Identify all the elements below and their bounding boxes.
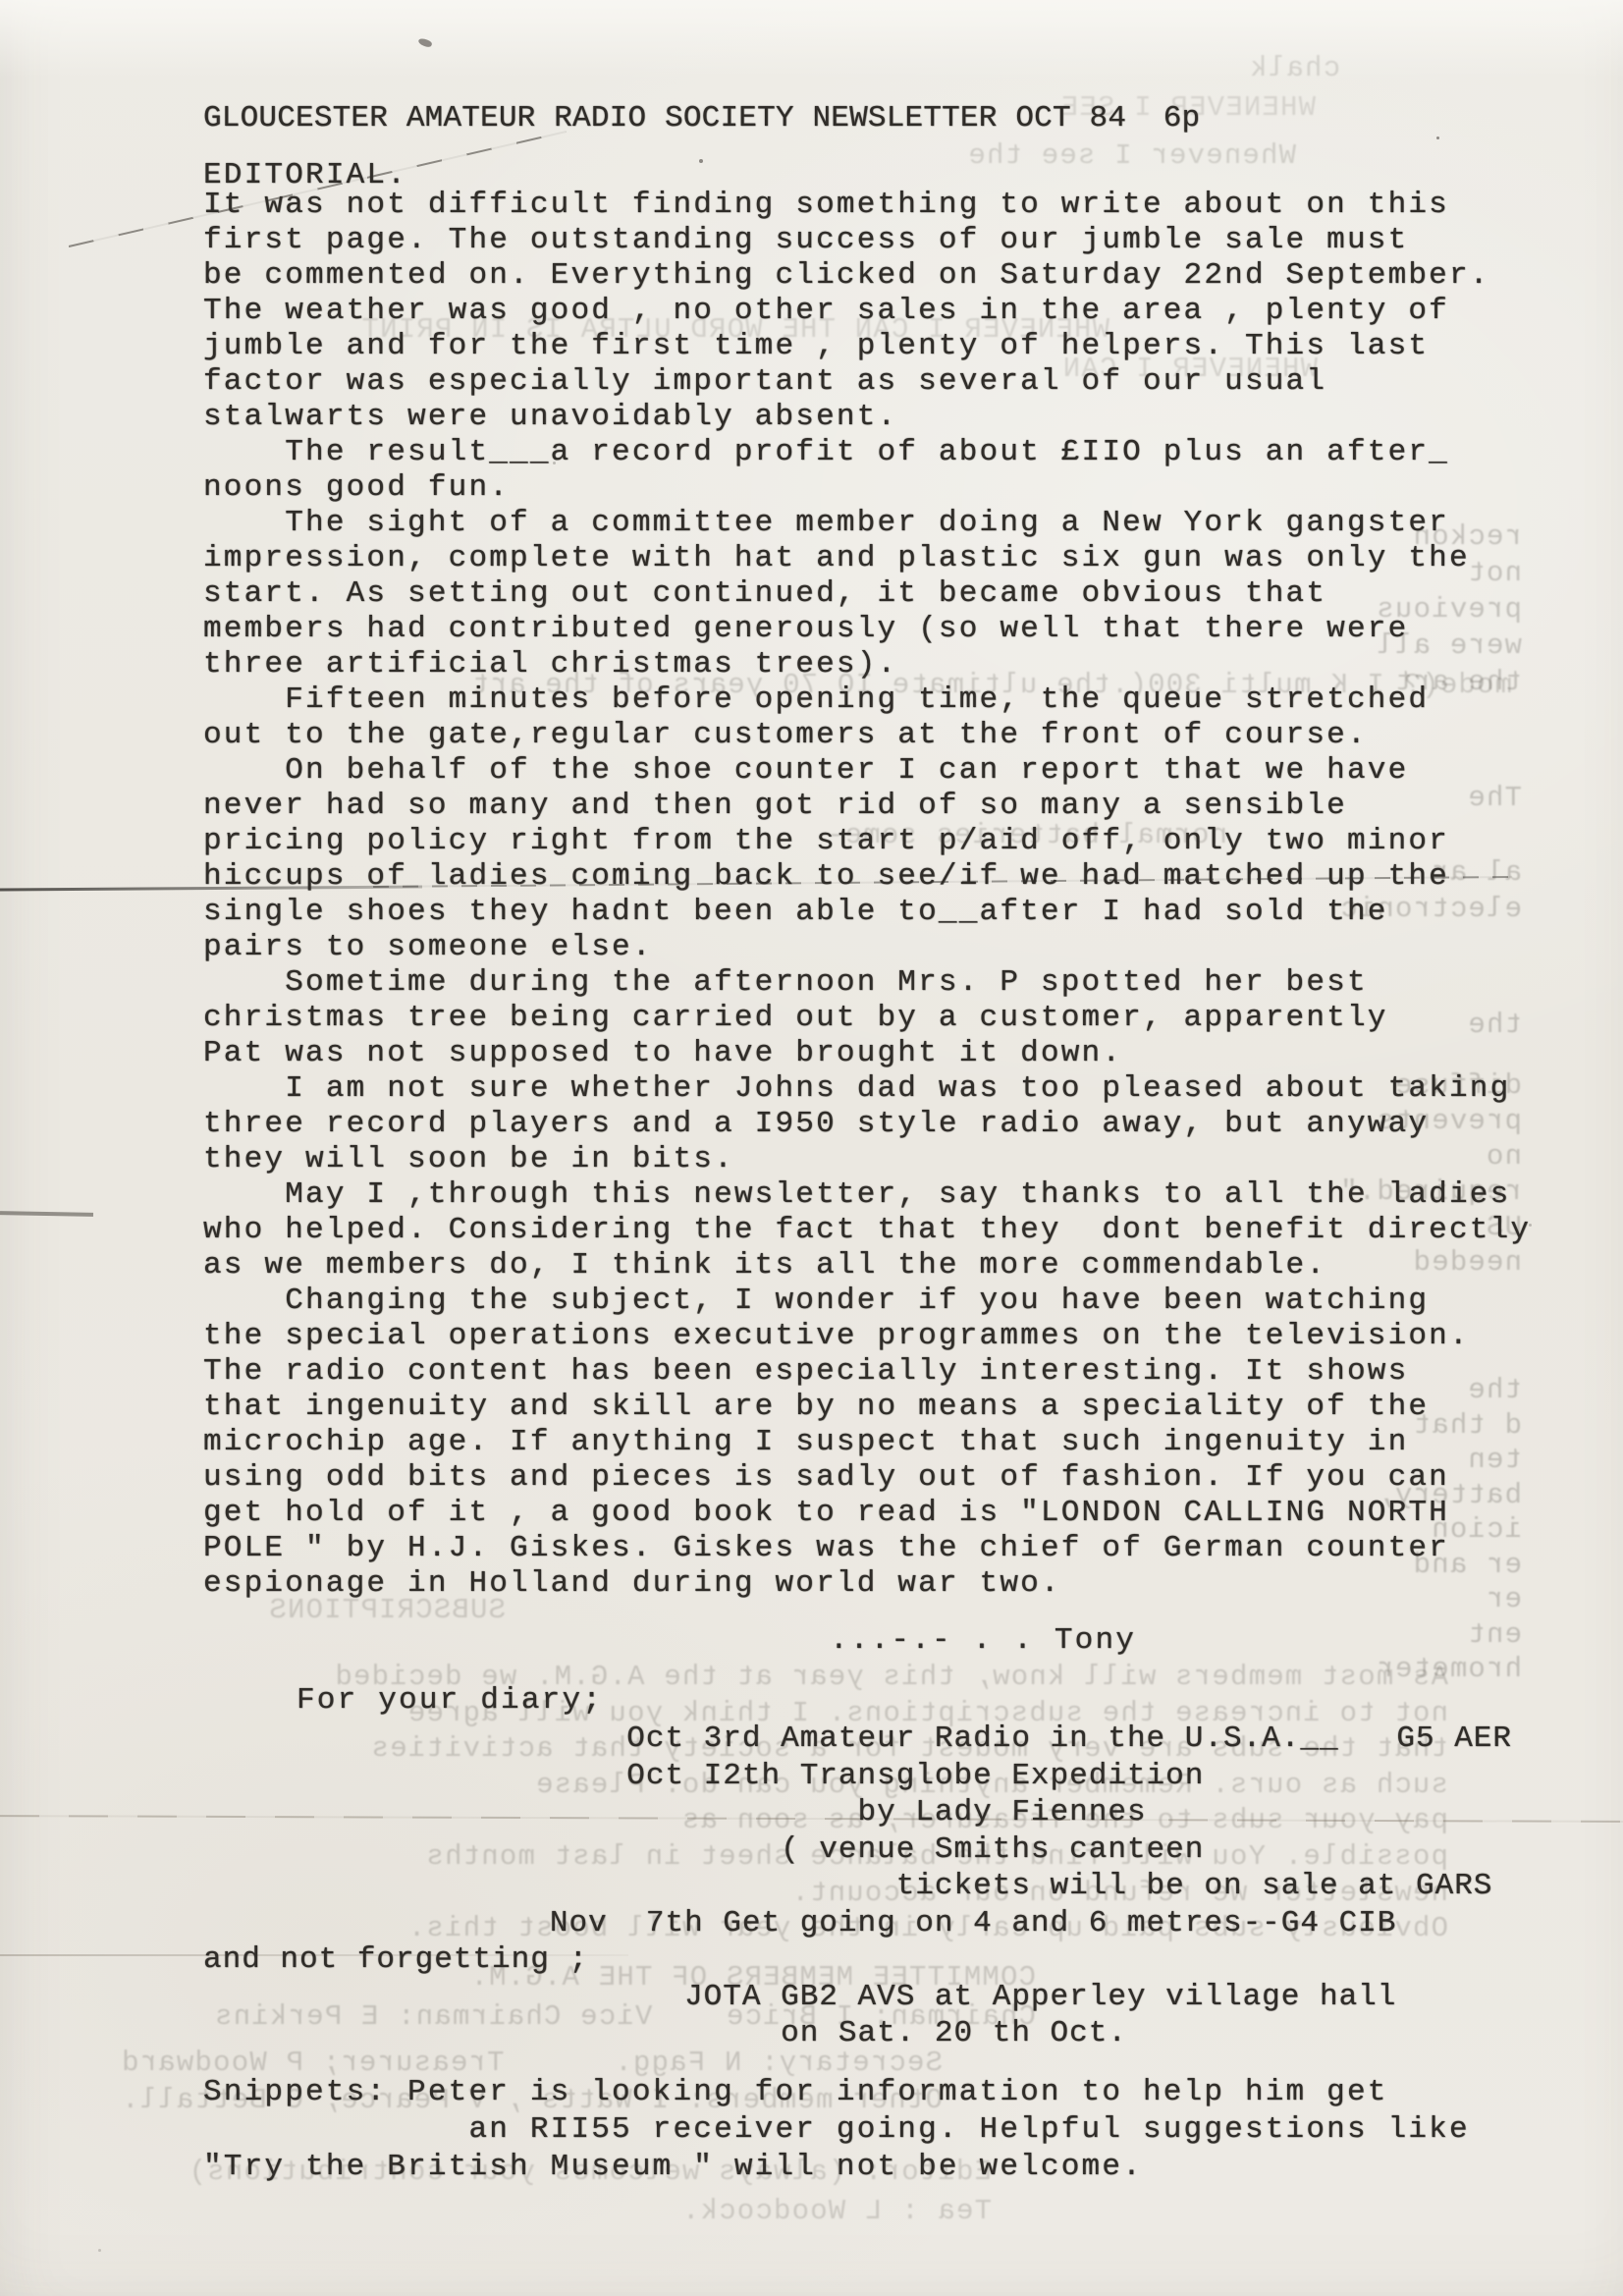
- ink-speck: [1436, 137, 1439, 139]
- bleed-through-fragment: Whenever I see the: [1001, 138, 1296, 175]
- diary-entries: Oct 3rd Amateur Radio in the U.S.A.__ G5…: [203, 1721, 1512, 2052]
- newsletter-title: GLOUCESTER AMATEUR RADIO SOCIETY NEWSLET…: [203, 101, 1200, 137]
- ink-speck: [98, 2249, 101, 2252]
- paper-top-edge: [0, 0, 1623, 79]
- diary-heading: For your diary;: [297, 1683, 603, 1719]
- editorial-signature: ...-.- . . Tony: [830, 1623, 1136, 1659]
- snippets-section: Snippets: Peter is looking for informati…: [203, 2074, 1470, 2186]
- bleed-through-fragment: chalk: [1183, 51, 1340, 87]
- scanned-newsletter-page: chalk WHENEVER I SEE Whenever I see the …: [0, 0, 1623, 2296]
- paper-edge-mark: [0, 1211, 93, 1217]
- editorial-body: It was not difficult finding something t…: [203, 188, 1531, 1602]
- ink-speck: [699, 159, 703, 163]
